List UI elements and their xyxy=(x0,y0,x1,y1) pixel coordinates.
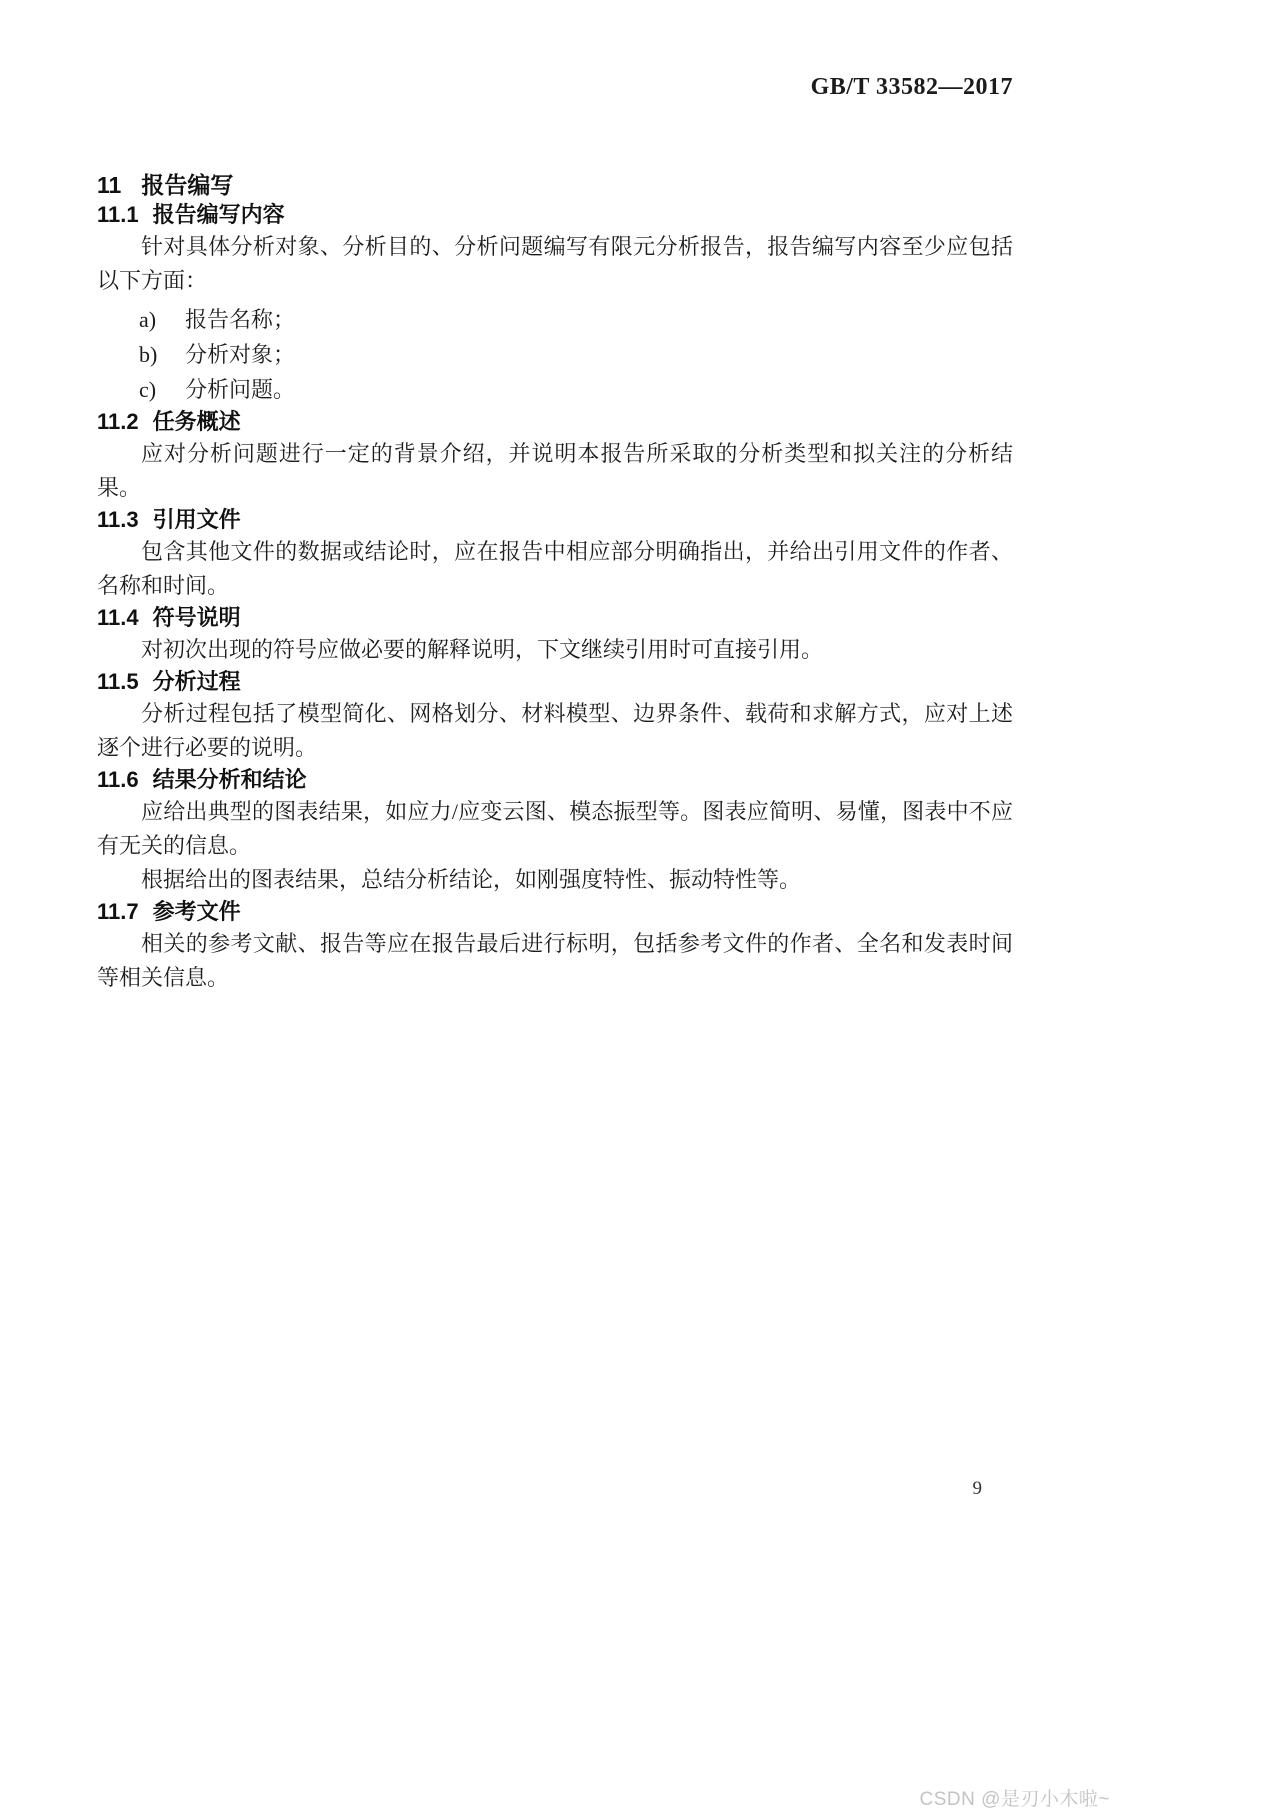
page-number: 9 xyxy=(973,1478,983,1500)
section-title: 参考文件 xyxy=(153,899,241,924)
section-title: 结果分析和结论 xyxy=(153,767,307,792)
section-11-3-paragraph: 包含其他文件的数据或结论时，应在报告中相应部分明确指出，并给出引用文件的作者、名… xyxy=(97,535,1013,603)
list-text: 分析对象； xyxy=(185,342,295,367)
list-text: 报告名称； xyxy=(185,307,295,332)
section-number: 11.1 xyxy=(97,202,139,227)
list-marker: b) xyxy=(139,337,185,372)
section-heading-11-5: 11.5分析过程 xyxy=(97,667,1013,697)
standard-number-header: GB/T 33582—2017 xyxy=(97,73,1013,101)
section-heading-11-1: 11.1报告编写内容 xyxy=(97,200,1013,230)
section-number: 11.2 xyxy=(97,409,139,434)
list-marker: c) xyxy=(139,372,185,407)
section-number: 11.7 xyxy=(97,899,139,924)
section-heading-11-6: 11.6结果分析和结论 xyxy=(97,765,1013,795)
section-title: 符号说明 xyxy=(153,605,241,630)
document-page: GB/T 33582—2017 11报告编写 11.1报告编写内容 针对具体分析… xyxy=(0,0,1282,1813)
section-11-4-paragraph: 对初次出现的符号应做必要的解释说明，下文继续引用时可直接引用。 xyxy=(97,633,1013,667)
chapter-title: 报告编写 xyxy=(141,172,233,198)
list-item-c: c)分析问题。 xyxy=(97,372,1013,407)
section-heading-11-4: 11.4符号说明 xyxy=(97,603,1013,633)
section-heading-11-2: 11.2任务概述 xyxy=(97,407,1013,437)
section-number: 11.5 xyxy=(97,669,139,694)
watermark-text: CSDN @是刃小木啦~ xyxy=(920,1784,1111,1811)
section-11-1-paragraph: 针对具体分析对象、分析目的、分析问题编写有限元分析报告，报告编写内容至少应包括以… xyxy=(97,230,1013,298)
chapter-heading: 11报告编写 xyxy=(97,170,1013,200)
section-number: 11.6 xyxy=(97,767,139,792)
section-11-1-list: a)报告名称； b)分析对象； c)分析问题。 xyxy=(97,302,1013,407)
section-11-6-paragraph-1: 应给出典型的图表结果，如应力/应变云图、模态振型等。图表应简明、易懂，图表中不应… xyxy=(97,795,1013,863)
section-11-2-paragraph: 应对分析问题进行一定的背景介绍，并说明本报告所采取的分析类型和拟关注的分析结果。 xyxy=(97,437,1013,505)
list-marker: a) xyxy=(139,302,185,337)
section-title: 任务概述 xyxy=(153,409,241,434)
section-title: 报告编写内容 xyxy=(153,202,285,227)
chapter-number: 11 xyxy=(97,172,121,198)
section-number: 11.4 xyxy=(97,605,139,630)
section-number: 11.3 xyxy=(97,507,139,532)
page-content: GB/T 33582—2017 11报告编写 11.1报告编写内容 针对具体分析… xyxy=(97,0,1013,995)
section-heading-11-7: 11.7参考文件 xyxy=(97,897,1013,927)
section-title: 分析过程 xyxy=(153,669,241,694)
list-item-b: b)分析对象； xyxy=(97,337,1013,372)
section-11-7-paragraph: 相关的参考文献、报告等应在报告最后进行标明，包括参考文件的作者、全名和发表时间等… xyxy=(97,927,1013,995)
section-title: 引用文件 xyxy=(153,507,241,532)
section-11-5-paragraph: 分析过程包括了模型简化、网格划分、材料模型、边界条件、载荷和求解方式，应对上述逐… xyxy=(97,697,1013,765)
section-11-6-paragraph-2: 根据给出的图表结果，总结分析结论，如刚强度特性、振动特性等。 xyxy=(97,863,1013,897)
section-heading-11-3: 11.3引用文件 xyxy=(97,505,1013,535)
list-item-a: a)报告名称； xyxy=(97,302,1013,337)
list-text: 分析问题。 xyxy=(185,377,295,402)
